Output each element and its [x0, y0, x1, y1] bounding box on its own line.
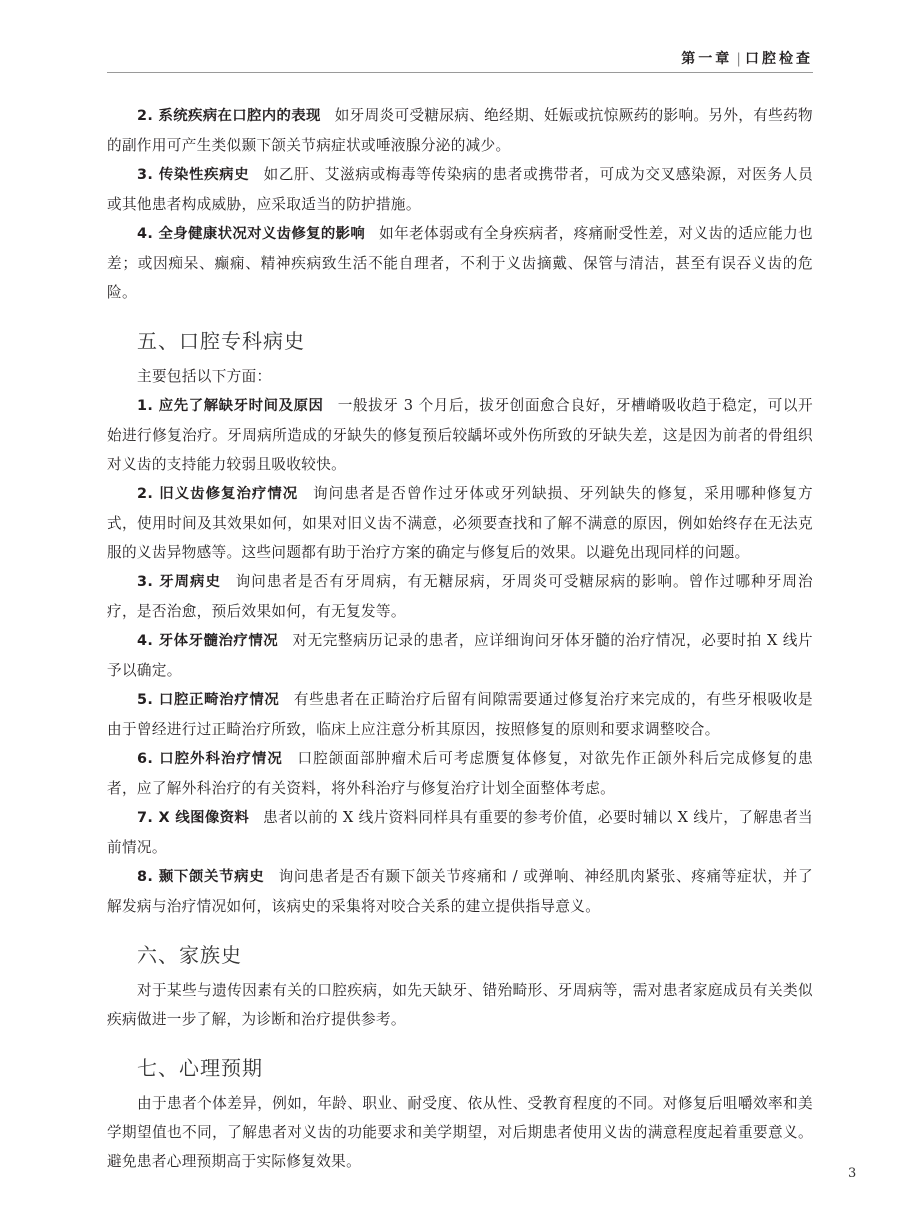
separator: | [736, 51, 741, 67]
paragraph-term: 3. 牙周病史 [137, 574, 221, 590]
paragraph-term: 6. 口腔外科治疗情况 [137, 751, 283, 767]
paragraph-text: 主要包括以下方面： [137, 368, 272, 385]
paragraph-general-health: 4. 全身健康状况对义齿修复的影响如年老体弱或有全身疾病者，疼痛耐受性差，对义齿… [107, 219, 813, 307]
paragraph-text: 由于患者个体差异，例如，年龄、职业、耐受度、依从性、受教育程度的不同。对修复后咀… [107, 1095, 813, 1170]
chapter-title: 口腔检查 [745, 51, 813, 67]
paragraph-term: 7. X 线图像资料 [137, 810, 249, 826]
section-heading-family-history: 六、家族史 [107, 943, 813, 967]
page-content: 2. 系统疾病在口腔内的表现如牙周炎可受糖尿病、绝经期、妊娠或抗惊厥药的影响。另… [107, 101, 813, 1176]
chapter-label: 第一章 [681, 51, 732, 67]
paragraph-orthodontic: 5. 口腔正畸治疗情况有些患者在正畸治疗后留有间隙需要通过修复治疗来完成的，有些… [107, 685, 813, 744]
paragraph-term: 2. 系统疾病在口腔内的表现 [137, 108, 321, 124]
paragraph-infectious-disease: 3. 传染性疾病史如乙肝、艾滋病或梅毒等传染病的患者或携带者，可成为交叉感染源，… [107, 160, 813, 219]
paragraph-term: 3. 传染性疾病史 [137, 167, 249, 183]
paragraph-family-history: 对于某些与遗传因素有关的口腔疾病，如先天缺牙、错殆畸形、牙周病等，需对患者家庭成… [107, 976, 813, 1034]
running-head: 第一章|口腔检查 [681, 48, 813, 68]
paragraph-text: 对于某些与遗传因素有关的口腔疾病，如先天缺牙、错殆畸形、牙周病等，需对患者家庭成… [107, 982, 813, 1028]
paragraph-intro: 主要包括以下方面： [107, 362, 813, 391]
page-number: 3 [848, 1166, 856, 1181]
section-heading-psychological-expectation: 七、心理预期 [107, 1056, 813, 1080]
paragraph-tmj: 8. 颞下颌关节病史询问患者是否有颞下颌关节疼痛和 / 或弹响、神经肌肉紧张、疼… [107, 862, 813, 921]
header-rule [107, 72, 813, 73]
paragraph-term: 5. 口腔正畸治疗情况 [137, 692, 280, 708]
paragraph-term: 8. 颞下颌关节病史 [137, 869, 264, 885]
section-heading-dental-history: 五、口腔专科病史 [107, 329, 813, 353]
paragraph-term: 4. 牙体牙髓治疗情况 [137, 633, 278, 649]
paragraph-old-denture: 2. 旧义齿修复治疗情况询问患者是否曾作过牙体或牙列缺损、牙列缺失的修复，采用哪… [107, 479, 813, 567]
paragraph-xray: 7. X 线图像资料患者以前的 X 线片资料同样具有重要的参考价值，必要时辅以 … [107, 803, 813, 862]
paragraph-missing-teeth: 1. 应先了解缺牙时间及原因一般拔牙 3 个月后，拔牙创面愈合良好，牙槽嵴吸收趋… [107, 391, 813, 479]
paragraph-systemic-disease: 2. 系统疾病在口腔内的表现如牙周炎可受糖尿病、绝经期、妊娠或抗惊厥药的影响。另… [107, 101, 813, 160]
paragraph-endodontic: 4. 牙体牙髓治疗情况对无完整病历记录的患者，应详细询问牙体牙髓的治疗情况，必要… [107, 626, 813, 685]
paragraph-term: 2. 旧义齿修复治疗情况 [137, 486, 298, 502]
paragraph-term: 4. 全身健康状况对义齿修复的影响 [137, 226, 365, 242]
paragraph-psychological-expectation: 由于患者个体差异，例如，年龄、职业、耐受度、依从性、受教育程度的不同。对修复后咀… [107, 1089, 813, 1176]
paragraph-term: 1. 应先了解缺牙时间及原因 [137, 398, 324, 414]
paragraph-oral-surgery: 6. 口腔外科治疗情况口腔颌面部肿瘤术后可考虑赝复体修复，对欲先作正颌外科后完成… [107, 744, 813, 803]
paragraph-periodontal: 3. 牙周病史询问患者是否有牙周病，有无糖尿病，牙周炎可受糖尿病的影响。曾作过哪… [107, 567, 813, 626]
